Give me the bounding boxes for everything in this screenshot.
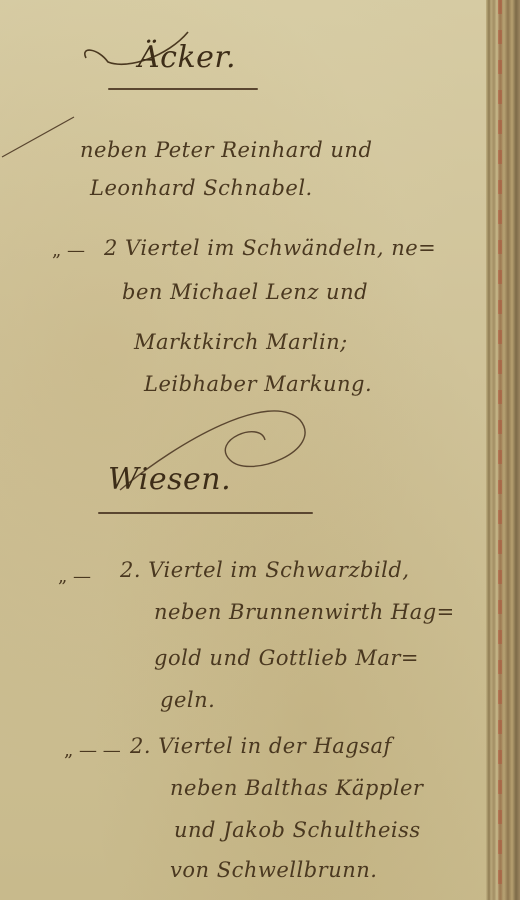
ditto-marker: „ — — xyxy=(64,740,121,761)
red-edge-stain xyxy=(498,0,502,900)
section-heading-wiesen: Wiesen. xyxy=(108,462,231,497)
entry-line: 2. Viertel im Schwarzbild, xyxy=(120,558,410,582)
section-heading-aecker: Äcker. xyxy=(138,40,236,75)
entry-line: geln. xyxy=(160,688,215,712)
entry-line: und Jakob Schultheiss xyxy=(174,818,421,842)
entry-line: neben Brunnenwirth Hag= xyxy=(154,600,455,624)
entry-line: Leibhaber Markung. xyxy=(144,372,372,396)
entry-line: Leonhard Schnabel. xyxy=(90,176,313,200)
entry-line: von Schwellbrunn. xyxy=(170,858,377,882)
entry-line: neben Peter Reinhard und xyxy=(80,138,372,162)
heading-underline xyxy=(108,88,258,90)
manuscript-page: Äcker. neben Peter Reinhard und Leonhard… xyxy=(0,0,520,900)
entry-line: Marktkirch Marlin; xyxy=(134,330,348,354)
entry-line: neben Balthas Käppler xyxy=(170,776,423,800)
entry-line: 2 Viertel im Schwändeln, ne= xyxy=(104,236,436,260)
ditto-marker: „ — xyxy=(58,566,91,587)
entry-line: 2. Viertel in der Hagsaf xyxy=(130,734,392,758)
ditto-marker: „ — xyxy=(52,240,85,261)
heading-underline xyxy=(98,512,313,514)
margin-stroke xyxy=(0,112,80,162)
entry-line: gold und Gottlieb Mar= xyxy=(154,646,419,670)
book-page-edges xyxy=(486,0,520,900)
entry-line: ben Michael Lenz und xyxy=(122,280,368,304)
